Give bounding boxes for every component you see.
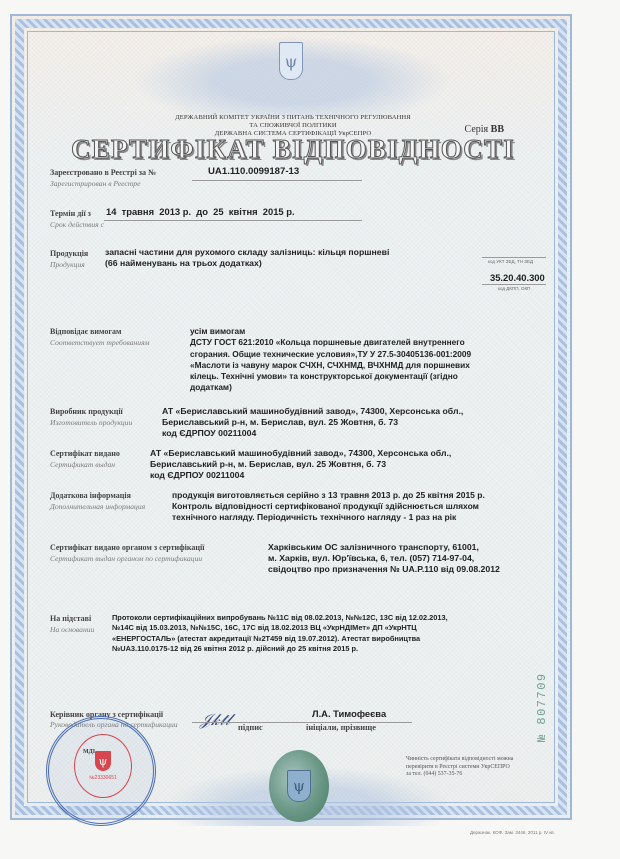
registration-number: UA1.110.0099187-13 xyxy=(208,166,299,177)
stamp-abbreviation: МДІ xyxy=(83,749,95,755)
basis-line: №UA3.110.0175-12 від 26 квітня 2012 р. д… xyxy=(112,644,448,654)
issued-to-line: код ЄДРПОУ 00211004 xyxy=(150,470,451,481)
additional-info-line: продукція виготовляється серійно з 13 тр… xyxy=(172,490,485,501)
requirements-text: усім вимогам ДСТУ ГОСТ 621:2010 «Кольца … xyxy=(190,326,471,394)
code-dkpp-value: 35.20.40.300 xyxy=(490,272,545,283)
registration-label: Зареєстровано в Реєстрі за № xyxy=(50,168,156,177)
certification-body-label-ru: Сертификат выдан органом по сертификации xyxy=(50,554,202,563)
signatory-name: Л.А. Тимофеєва xyxy=(312,708,386,719)
verification-line: за тел. (044) 537-35-76 xyxy=(406,771,556,779)
trident-icon: ψ xyxy=(95,751,111,771)
additional-info-line: Контроль відповідності сертифікованої пр… xyxy=(172,501,485,512)
validity-period: 14 травня 2013 р. до 25 квітня 2015 р. xyxy=(106,206,295,217)
certificate-sheet: ψ ДЕРЖАВНИЙ КОМІТЕТ УКРАЇНИ З ПИТАНЬ ТЕХ… xyxy=(10,14,572,820)
additional-info-label-ru: Дополнительная информация xyxy=(50,502,145,511)
requirements-line: додаткам) xyxy=(190,382,471,393)
basis-label: На підставі xyxy=(50,614,91,623)
requirements-line: «Маслоти із чавуну марок СЧХН, СЧХНМД, В… xyxy=(190,360,471,371)
requirements-line: кілець. Технічні умови» та конструкторсь… xyxy=(190,371,471,382)
registration-label-ru: Зарегистрирован в Реестре xyxy=(50,179,140,188)
certification-body-line: Харківським ОС залізничного транспорту, … xyxy=(268,542,500,553)
validity-label-ru: Срок действия с xyxy=(50,220,104,229)
committee-line-1: ДЕРЖАВНИЙ КОМІТЕТ УКРАЇНИ З ПИТАНЬ ТЕХНІ… xyxy=(12,114,574,122)
additional-info-text: продукція виготовляється серійно з 13 тр… xyxy=(172,490,485,524)
manufacturer-label: Виробник продукції xyxy=(50,407,123,416)
validity-underline xyxy=(104,220,362,221)
basis-line: «ЕНЕРГОСТАЛЬ» (атестат акредитації №2Т45… xyxy=(112,634,448,644)
code-uktzed-underline xyxy=(482,257,546,258)
validity-label: Термін дії з xyxy=(50,209,91,218)
product-description: запасні частини для рухомого складу залі… xyxy=(105,247,389,269)
manufacturer-line: АТ «Бериславський машинобудівний завод»,… xyxy=(162,406,463,417)
additional-info-line: технічного нагляду. Періодичність техніч… xyxy=(172,512,485,523)
hologram-emblem: ψ xyxy=(269,750,329,822)
code-uktzed-label: код УКТ ЗЕД, ТН ЗЕД xyxy=(488,259,533,264)
code-dkpp-label: код ДКПП, ОКП xyxy=(498,286,530,291)
verification-note: Чинність сертифіката відповідності можна… xyxy=(406,756,556,779)
manufacturer-label-ru: Изготовитель продукции xyxy=(50,418,132,427)
manufacturer-line: код ЄДРПОУ 00211004 xyxy=(162,428,463,439)
requirements-line: усім вимогам xyxy=(190,326,471,337)
issued-to-label-ru: Сертификат выдан xyxy=(50,460,115,469)
requirements-line: сгорания. Общие технические условия»,ТУ … xyxy=(190,349,471,360)
basis-label-ru: На основании xyxy=(50,625,94,634)
certification-body-line: свідоцтво про призначення № UA.P.110 від… xyxy=(268,564,500,575)
manufacturer-text: АТ «Бериславський машинобудівний завод»,… xyxy=(162,406,463,440)
product-label: Продукція xyxy=(50,249,88,258)
issued-to-label: Сертифікат видано xyxy=(50,449,120,458)
product-line-1: запасні частини для рухомого складу залі… xyxy=(105,247,389,258)
manufacturer-line: Бериславський р-н, м. Берислав, вул. 25 … xyxy=(162,417,463,428)
verification-line: Чинність сертифіката відповідності можна xyxy=(406,756,556,764)
certification-body-line: м. Харків, вул. Юр'ївська, 6, тел. (057)… xyxy=(268,553,500,564)
certification-body-label: Сертифікат видано органом з сертифікації xyxy=(50,543,204,552)
printer-imprint: Держзнак. КОФ. Зам. 3446. 2011 р. IV кв. xyxy=(470,830,555,835)
issued-to-line: Бериславський р-н, м. Берислав, вул. 25 … xyxy=(150,459,451,470)
basis-line: Протоколи сертифікаційних випробувань №1… xyxy=(112,613,448,623)
certificate-title: СЕРТИФІКАТ ВІДПОВІДНОСТІ xyxy=(12,134,574,165)
additional-info-label: Додаткова інформація xyxy=(50,491,131,500)
code-dkpp-underline xyxy=(482,284,546,285)
signature-underline xyxy=(192,722,412,723)
registration-underline xyxy=(192,180,362,181)
certification-body-text: Харківським ОС залізничного транспорту, … xyxy=(268,542,500,576)
red-stamp: МДІ ψ №23330651 xyxy=(74,734,132,798)
requirements-label-ru: Соответствует требованиям xyxy=(50,338,149,347)
serial-number: № 807709 xyxy=(535,612,549,742)
product-line-2: (66 найменувань на трьох додатках) xyxy=(105,258,389,269)
trident-icon: ψ xyxy=(287,770,311,802)
name-caption: ініціали, прізвище xyxy=(306,723,376,732)
requirements-label: Відповідає вимогам xyxy=(50,327,121,336)
stamp-number: №23330651 xyxy=(89,775,117,781)
issued-to-line: АТ «Бериславський машинобудівний завод»,… xyxy=(150,448,451,459)
product-label-ru: Продукция xyxy=(50,260,85,269)
trident-icon: ψ xyxy=(279,42,303,80)
handwritten-signature: 𝒥𝓀𝓉𝓁 xyxy=(200,710,230,730)
signature-caption: підпис xyxy=(238,723,263,732)
basis-line: №14С від 15.03.2013, №№15С, 16С, 17С від… xyxy=(112,623,448,633)
basis-text: Протоколи сертифікаційних випробувань №1… xyxy=(112,613,448,655)
requirements-line: ДСТУ ГОСТ 621:2010 «Кольца поршневые дви… xyxy=(190,337,471,348)
issued-to-text: АТ «Бериславський машинобудівний завод»,… xyxy=(150,448,451,482)
